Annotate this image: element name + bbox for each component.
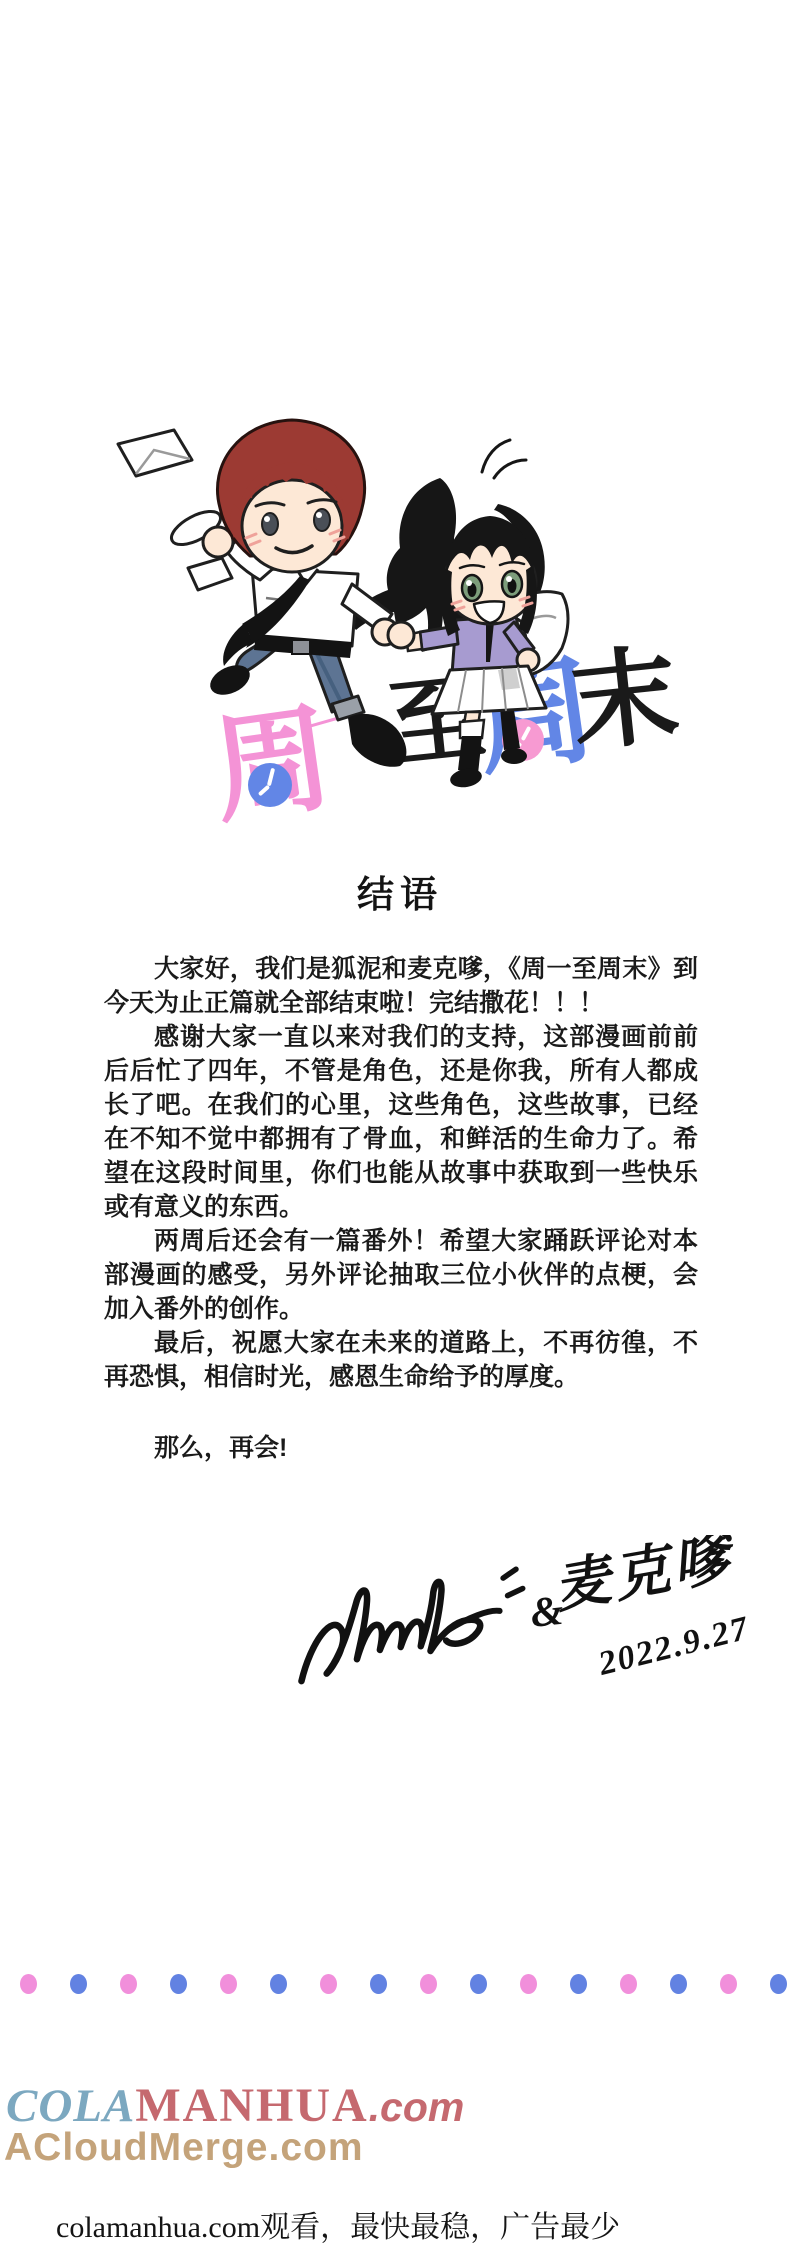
flying-paper-icon xyxy=(118,430,232,590)
divider-dot xyxy=(770,1974,787,1994)
clasped-hands xyxy=(372,619,414,648)
divider-dot xyxy=(620,1974,637,1994)
divider-dot xyxy=(120,1974,137,1994)
signature-date: 2022.9.27 xyxy=(594,1610,753,1683)
watermark-domain-suffix: .com xyxy=(369,2084,465,2130)
divider-dot xyxy=(470,1974,487,1994)
paragraph: 两周后还会有一篇番外！希望大家踊跃评论对本部漫画的感受，另外评论抽取三位小伙伴的… xyxy=(104,1224,698,1326)
divider-dot xyxy=(370,1974,387,1994)
watermark-manhua: MANHUA xyxy=(135,2079,368,2132)
divider-dot xyxy=(320,1974,337,1994)
divider-dot xyxy=(170,1974,187,1994)
divider-dot xyxy=(420,1974,437,1994)
paragraph: 感谢大家一直以来对我们的支持，这部漫画前前后后忙了四年，不管是角色，还是你我，所… xyxy=(104,1020,698,1224)
dotted-divider xyxy=(20,1974,790,1994)
divider-dot xyxy=(720,1974,737,1994)
closing-letter: 大家好，我们是狐泥和麦克嗲，《周一至周末》到今天为止正篇就全部结束啦！完结撒花！… xyxy=(104,952,698,1465)
signature-block: & 麦克嗲 2022.9.27 xyxy=(280,1535,760,1705)
watermark-cola: COLA xyxy=(6,2080,135,2132)
cloud-watermark: ACloudMerge.com xyxy=(4,2128,364,2167)
boy-character xyxy=(167,420,407,767)
divider-dot xyxy=(570,1974,587,1994)
characters-illustration xyxy=(100,408,660,878)
divider-dot xyxy=(70,1974,87,1994)
footer-caption: colamanhua.com观看，最快最稳，广告最少 xyxy=(56,2202,620,2246)
paragraph: 大家好，我们是狐泥和麦克嗲，《周一至周末》到今天为止正篇就全部结束啦！完结撒花！… xyxy=(104,952,698,1020)
divider-dot xyxy=(670,1974,687,1994)
divider-dot xyxy=(270,1974,287,1994)
divider-dot xyxy=(520,1974,537,1994)
paragraph: 最后，祝愿大家在未来的道路上，不再彷徨，不再恐惧，相信时光，感恩生命给予的厚度。 xyxy=(104,1326,698,1394)
divider-dot xyxy=(20,1974,37,1994)
author-signature: 麦克嗲 xyxy=(549,1535,744,1620)
fox-mud-signature-scribble xyxy=(290,1569,531,1682)
comic-ending-page: 周一至周末 xyxy=(0,0,800,2246)
divider-dot xyxy=(220,1974,237,1994)
site-watermark: COLAMANHUA.com xyxy=(6,2082,464,2130)
farewell-line: 那么，再会! xyxy=(104,1431,698,1465)
